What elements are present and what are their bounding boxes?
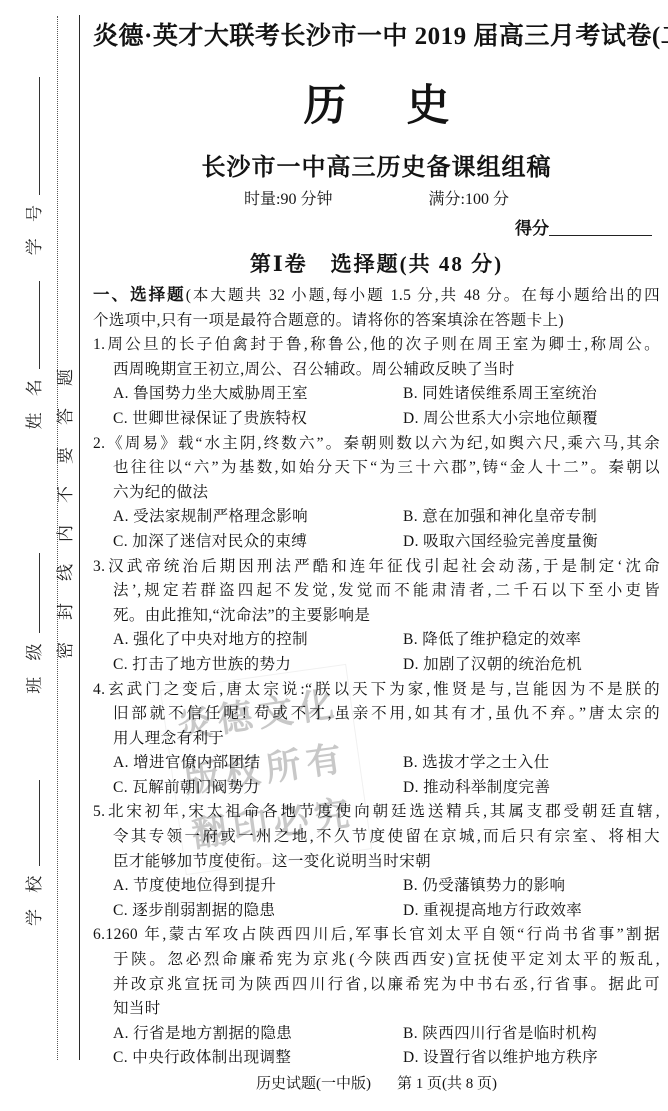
question-text-line: 臣才能够加节度使衔。这一变化说明当时宋朝 bbox=[113, 850, 660, 875]
option-b: B. 仍受藩镇势力的影响 bbox=[403, 874, 660, 899]
question-3: 3.汉武帝统治后期因刑法严酷和连年征伐引起社会动荡,于是制定‘沈命 法’,规定若… bbox=[93, 555, 660, 678]
option-b: B. 选拔才学之士入仕 bbox=[403, 751, 660, 776]
question-text-line: 六为纪的做法 bbox=[113, 481, 660, 506]
options-row: C. 加深了迷信对民众的束缚 D. 吸取六国经验完善度量衡 bbox=[113, 530, 660, 555]
option-d: D. 推动科举制度完善 bbox=[403, 776, 660, 801]
duration-label: 时量:90 分钟 bbox=[244, 191, 332, 208]
exam-title: 炎德·英才大联考长沙市一中 2019 届高三月考试卷(二) bbox=[93, 20, 660, 53]
option-a: A. 增进官僚内部团结 bbox=[113, 751, 403, 776]
option-a: A. 受法家规制严格理念影响 bbox=[113, 505, 403, 530]
question-4: 4.玄武门之变后,唐太宗说:“朕以天下为家,惟贤是与,岂能因为不是朕的 旧部就不… bbox=[93, 678, 660, 801]
seal-line-text: 密封线内不要答题 bbox=[52, 18, 80, 1058]
option-b: B. 同姓诸侯维系周王室统治 bbox=[403, 382, 660, 407]
name-blank bbox=[26, 281, 40, 369]
question-text-line: 于陕。忽必烈命廉希宪为京兆(今陕西西安)宣抚使平定刘太平的叛乱, bbox=[113, 948, 660, 973]
option-b: B. 陕西四川行省是临时机构 bbox=[403, 1022, 660, 1047]
question-5: 5.北宋初年,宋太祖命各地节度使向朝廷选送精兵,其属支郡受朝廷直辖, 令其专领一… bbox=[93, 800, 660, 923]
footer-page-info: 第 1 页(共 8 页) bbox=[397, 1076, 497, 1092]
student-number-blank bbox=[26, 77, 40, 195]
footer-doc-label: 历史试题(一中版) bbox=[256, 1076, 371, 1092]
option-a: A. 节度使地位得到提升 bbox=[113, 874, 403, 899]
question-text-line: 3.汉武帝统治后期因刑法严酷和连年征伐引起社会动荡,于是制定‘沈命 bbox=[93, 555, 660, 580]
question-text-line: 知当时 bbox=[113, 997, 660, 1022]
options-row: C. 打击了地方世族的势力 D. 加剧了汉朝的统治危机 bbox=[113, 653, 660, 678]
option-d: D. 加剧了汉朝的统治危机 bbox=[403, 653, 660, 678]
question-text-line: 用人理念有利于 bbox=[113, 727, 660, 752]
option-c: C. 瓦解前朝门阀势力 bbox=[113, 776, 403, 801]
question-text-line: 5.北宋初年,宋太祖命各地节度使向朝廷选送精兵,其属支郡受朝廷直辖, bbox=[93, 800, 660, 825]
options-row: C. 世卿世禄保证了贵族特权 D. 周公世系大小宗地位颠覆 bbox=[113, 407, 660, 432]
question-text-line: 6.1260 年,蒙古军攻占陕西四川后,军事长官刘太平自领“行尚书省事”割据 bbox=[93, 923, 660, 948]
options-row: C. 中央行政体制出现调整 D. 设置行省以维护地方秩序 bbox=[113, 1046, 660, 1071]
section-title: 第Ⅰ卷 选择题(共 48 分) bbox=[93, 251, 660, 278]
question-6: 6.1260 年,蒙古军攻占陕西四川后,军事长官刘太平自领“行尚书省事”割据 于… bbox=[93, 923, 660, 1071]
school-field-label: 学 校 bbox=[15, 870, 55, 926]
option-a: A. 强化了中央对地方的控制 bbox=[113, 628, 403, 653]
score-label: 得分 bbox=[515, 219, 549, 238]
option-a: A. 行省是地方割据的隐患 bbox=[113, 1022, 403, 1047]
option-c: C. 世卿世禄保证了贵族特权 bbox=[113, 407, 403, 432]
student-number-field-label: 学 号 bbox=[15, 199, 55, 255]
question-text-line: 死。由此推知,“沈命法”的主要影响是 bbox=[113, 604, 660, 629]
student-info-fields: 学 校班 级姓 名学 号 bbox=[15, 18, 55, 1058]
options-row: A. 行省是地方割据的隐患 B. 陕西四川行省是临时机构 bbox=[113, 1022, 660, 1047]
name-field-label: 姓 名 bbox=[15, 373, 55, 429]
option-c: C. 逐步削弱割据的隐患 bbox=[113, 899, 403, 924]
options-row: A. 受法家规制严格理念影响 B. 意在加强和神化皇帝专制 bbox=[113, 505, 660, 530]
options-row: A. 鲁国势力坐大威胁周王室 B. 同姓诸侯维系周王室统治 bbox=[113, 382, 660, 407]
question-text-line: 法’,规定若群盗四起不发觉,发觉而不能肃清者,二千石以下至小吏皆 bbox=[113, 579, 660, 604]
option-d: D. 设置行省以维护地方秩序 bbox=[403, 1046, 660, 1071]
option-c: C. 加深了迷信对民众的束缚 bbox=[113, 530, 403, 555]
class-blank bbox=[26, 554, 40, 634]
byline: 长沙市一中高三历史备课组组稿 bbox=[93, 153, 660, 182]
option-c: C. 中央行政体制出现调整 bbox=[113, 1046, 403, 1071]
question-text-line: 并改京兆宣抚司为陕西四川行省,以廉希宪为中书右丞,行省事。据此可 bbox=[113, 973, 660, 998]
subject-title: 历史 bbox=[93, 82, 660, 130]
options-row: C. 逐步削弱割据的隐患 D. 重视提高地方行政效率 bbox=[113, 899, 660, 924]
options-row: A. 节度使地位得到提升 B. 仍受藩镇势力的影响 bbox=[113, 874, 660, 899]
score-row: 得分 bbox=[93, 218, 660, 240]
question-2: 2.《周易》载“水主阴,终数六”。秦朝则数以六为纪,如舆六尺,乘六马,其余 也往… bbox=[93, 432, 660, 555]
options-row: A. 增进官僚内部团结 B. 选拔才学之士入仕 bbox=[113, 751, 660, 776]
option-d: D. 重视提高地方行政效率 bbox=[403, 899, 660, 924]
question-text-line: 4.玄武门之变后,唐太宗说:“朕以天下为家,惟贤是与,岂能因为不是朕的 bbox=[93, 678, 660, 703]
paper-content: 炎德·英才大联考长沙市一中 2019 届高三月考试卷(二) 历史 长沙市一中高三… bbox=[93, 0, 660, 1071]
instructions-heading: 一、选择题 bbox=[93, 285, 186, 304]
question-text-line: 旧部就不信任呢! 苟或不才,虽亲不用,如其有才,虽仇不弃。”唐太宗的 bbox=[113, 702, 660, 727]
option-b: B. 降低了维护稳定的效率 bbox=[403, 628, 660, 653]
question-text-line: 1.周公旦的长子伯禽封于鲁,称鲁公,他的次子则在周王室为卿士,称周公。 bbox=[93, 333, 660, 358]
exam-paper-page: 学 校班 级姓 名学 号 密封线内不要答题 炎德文化 版权所有 翻印必究 炎德·… bbox=[0, 0, 668, 1111]
option-d: D. 吸取六国经验完善度量衡 bbox=[403, 530, 660, 555]
question-text-line: 2.《周易》载“水主阴,终数六”。秦朝则数以六为纪,如舆六尺,乘六马,其余 bbox=[93, 432, 660, 457]
instructions-line-1: 一、选择题(本大题共 32 小题,每小题 1.5 分,共 48 分。在每小题给出… bbox=[93, 283, 660, 309]
section-instructions: 一、选择题(本大题共 32 小题,每小题 1.5 分,共 48 分。在每小题给出… bbox=[93, 283, 660, 333]
page-footer: 历史试题(一中版)第 1 页(共 8 页) bbox=[93, 1074, 660, 1094]
question-text-line: 令其专领一府或一州之地,不久节度使留在京城,而后只有宗室、将相大 bbox=[113, 825, 660, 850]
question-text-line: 西周晚期宣王初立,周公、召公辅政。周公辅政反映了当时 bbox=[113, 358, 660, 383]
question-text-line: 也往往以“六”为基数,如始分天下“为三十六郡”,铸“金人十二”。秦朝以 bbox=[113, 456, 660, 481]
option-a: A. 鲁国势力坐大威胁周王室 bbox=[113, 382, 403, 407]
class-field-label: 班 级 bbox=[15, 638, 55, 694]
full-score-label: 满分:100 分 bbox=[429, 191, 509, 208]
options-row: A. 强化了中央对地方的控制 B. 降低了维护稳定的效率 bbox=[113, 628, 660, 653]
question-1: 1.周公旦的长子伯禽封于鲁,称鲁公,他的次子则在周王室为卿士,称周公。 西周晚期… bbox=[93, 333, 660, 431]
option-d: D. 周公世系大小宗地位颠覆 bbox=[403, 407, 660, 432]
option-c: C. 打击了地方世族的势力 bbox=[113, 653, 403, 678]
exam-info-row: 时量:90 分钟满分:100 分 bbox=[93, 189, 660, 210]
instructions-line-2: 个选项中,只有一项是最符合题意的。请将你的答案填涂在答题卡上) bbox=[93, 309, 660, 334]
instructions-text: (本大题共 32 小题,每小题 1.5 分,共 48 分。在每小题给出的四 bbox=[186, 287, 660, 304]
school-blank bbox=[26, 780, 40, 866]
option-b: B. 意在加强和神化皇帝专制 bbox=[403, 505, 660, 530]
score-blank bbox=[549, 220, 652, 236]
options-row: C. 瓦解前朝门阀势力 D. 推动科举制度完善 bbox=[113, 776, 660, 801]
